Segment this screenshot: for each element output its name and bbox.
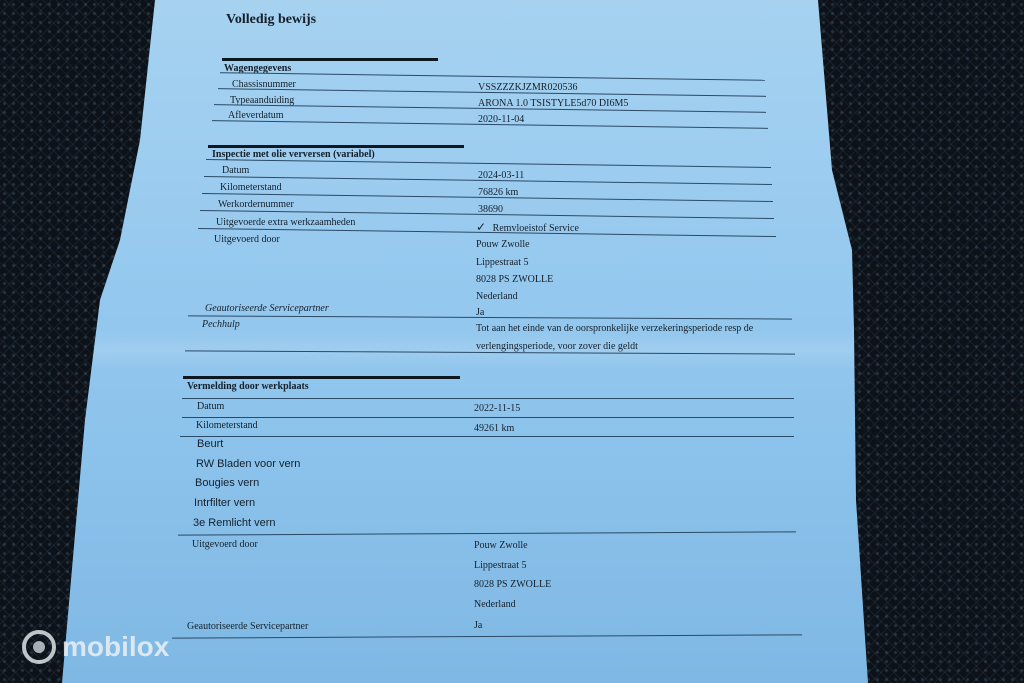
workshop-performer-street: Lippestraat 5 [474,560,526,571]
inspection-roadside-line1: Tot aan het einde van de oorspronkelijke… [476,323,753,334]
workshop-label-date: Datum [197,401,224,412]
document-title: Volledig bewijs [226,12,316,28]
inspection-performer-name: Pouw Zwolle [476,239,530,250]
workshop-label-performed-by: Uitgevoerd door [192,539,258,550]
workshop-section-heading: Vermelding door werkplaats [187,381,309,392]
vehicle-label-delivery: Afleverdatum [228,110,284,121]
row-divider [185,350,795,354]
row-divider [178,531,796,535]
section-divider [222,58,438,61]
workshop-performer-country: Nederland [474,599,516,610]
row-divider [182,417,794,418]
inspection-label-performed-by: Uitgevoerd door [214,234,280,245]
watermark-text: mobilox [62,631,169,663]
workshop-performer-city: 8028 PS ZWOLLE [474,579,551,590]
mobilox-logo-icon [22,630,56,664]
watermark: mobilox [22,630,169,664]
row-divider [188,315,792,319]
row-divider [180,436,794,437]
workshop-note: Bougies vern [195,477,259,489]
workshop-label-authorized: Geautoriseerde Servicepartner [187,621,308,632]
workshop-performer-name: Pouw Zwolle [474,540,528,551]
workshop-note: 3e Remlicht vern [193,517,276,529]
workshop-value-authorized: Ja [474,620,482,631]
inspection-label-authorized: Geautoriseerde Servicepartner [205,303,329,314]
inspection-label-roadside: Pechhulp [202,319,240,330]
section-divider [183,376,460,379]
workshop-note: RW Bladen voor vern [196,458,300,470]
inspection-roadside-line2: verlengingsperiode, voor zover die geldt [476,341,638,352]
row-divider [182,398,794,399]
inspection-label-km: Kilometerstand [220,182,282,193]
workshop-value-date: 2022-11-15 [474,403,520,414]
workshop-value-km: 49261 km [474,423,514,434]
row-divider [172,634,802,638]
workshop-note: Intrfilter vern [194,497,255,509]
row-divider [220,72,765,81]
inspection-performer-street: Lippestraat 5 [476,257,528,268]
row-divider [206,159,771,168]
inspection-label-extra: Uitgevoerde extra werkzaamheden [216,217,355,228]
section-divider [208,145,464,148]
service-record-document: Volledig bewijs Wagengegevens Chassisnum… [0,0,1024,683]
inspection-section-heading: Inspectie met olie verversen (variabel) [212,149,375,160]
inspection-label-workorder: Werkordernummer [218,199,294,210]
workshop-note: Beurt [197,438,223,450]
workshop-label-km: Kilometerstand [196,420,258,431]
inspection-performer-country: Nederland [476,291,518,302]
inspection-performer-city: 8028 PS ZWOLLE [476,274,553,285]
inspection-label-date: Datum [222,165,249,176]
